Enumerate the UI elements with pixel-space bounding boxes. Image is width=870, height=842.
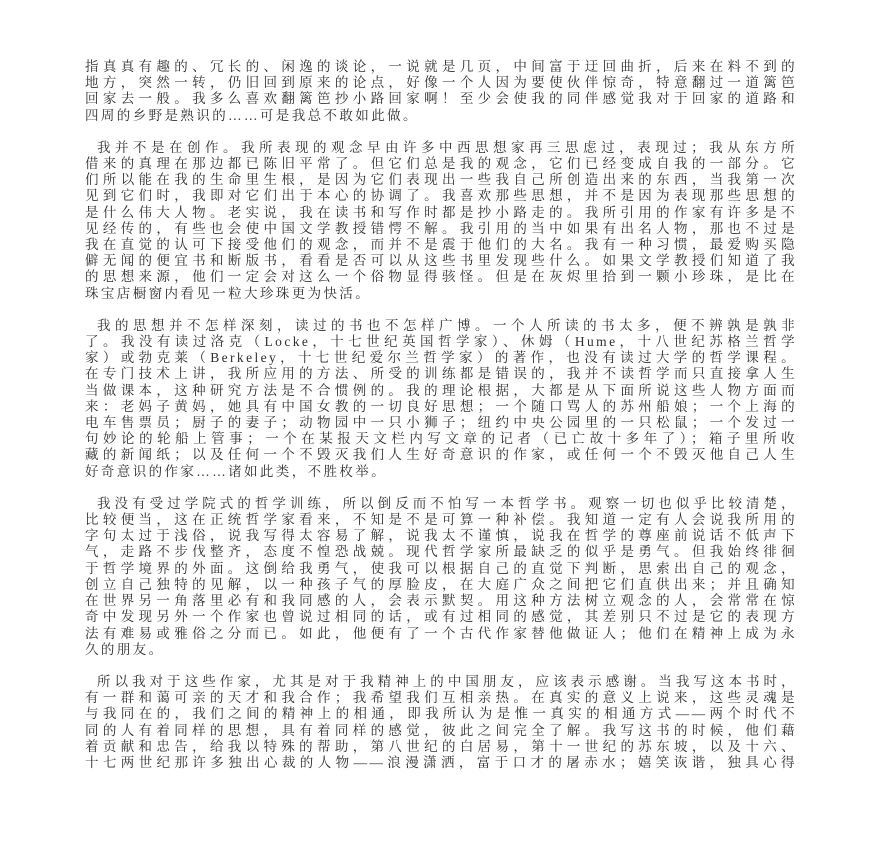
text-line: 有一群和蔼可亲的天才和我合作；我希望我们互相亲热。在真实的意义上说来，这些灵魂是 [85, 690, 797, 706]
text-line: 好奇意识的作家……诸如此类，不胜枚举。 [85, 464, 797, 480]
text-line: 奇中发现另外一个作家也曾说过相同的话，或有过相同的感觉，其差别只不过是它的表现方 [85, 609, 797, 625]
text-line: 与我同在的，我们之间的精神上的相通，即我所认为是惟一真实的相通方式——两个时代不 [85, 706, 797, 722]
text-line: 我并不是在创作。我所表现的观念早由许多中西思想家再三思虑过，表现过；我从东方所 [85, 140, 797, 156]
text-line: 当做课本，这种研究方法是不合惯例的。我的理论根据，大都是从下面所说这些人物方面而 [85, 383, 797, 399]
scanned-book-page: { "page": { "background_color": "#ffffff… [0, 0, 870, 842]
text-line: 藏的新闻纸；以及任何一个不毁灭我们人生好奇意识的作家，或任何一个不毁灭他自己人生 [85, 447, 797, 463]
paragraph: 我的思想并不怎样深刻，读过的书也不怎样广博。一个人所读的书太多，便不辨孰是孰非了… [85, 318, 797, 480]
text-line: 家）或勃克莱（Berkeley，十七世纪爱尔兰哲学家）的著作，也没有读过大学的哲… [85, 350, 797, 366]
paragraph: 我没有受过学院式的哲学训练，所以倒反而不怕写一本哲学书。观察一切也似乎比较清楚，… [85, 496, 797, 658]
text-line: 创立自己独特的见解，以一种孩子气的厚脸皮，在大庭广众之间把它们直供出来；并且确知 [85, 577, 797, 593]
document-body: 指真真有趣的、冗长的、闲逸的谈论，一说就是几页，中间富于迂回曲折，后来在料不到的… [85, 59, 797, 771]
text-line: 的思想来源，他们一定会对这么一个俗物显得骇怪。但是在灰烬里拾到一颗小珍珠，是比在 [85, 269, 797, 285]
text-line: 借来的真理在那边都已陈旧平常了。但它们总是我的观念，它们已经变成自我的一部分。它 [85, 156, 797, 172]
text-line: 于哲学境界的外面。这倒给我勇气，使我可以根据自己的直觉下判断，思索出自己的观念， [85, 561, 797, 577]
text-line: 字句太过于浅俗，说我写得太容易了解，说我太不谨慎，说我在哲学的尊座前说话不低声下 [85, 528, 797, 544]
text-line: 见到它们时，我即对它们出于本心的协调了。我喜欢那些思想，并不是因为表现那些思想的 [85, 188, 797, 204]
text-line: 法有难易或雅俗之分而已。如此，他便有了一个古代作家替他做证人；他们在精神上成为永 [85, 626, 797, 642]
text-line: 指真真有趣的、冗长的、闲逸的谈论，一说就是几页，中间富于迂回曲折，后来在料不到的 [85, 59, 797, 75]
text-line: 比较便当，这在正统哲学家看来，不知是不是可算一种补偿。我知道一定有人会说我所用的 [85, 512, 797, 528]
text-line: 句妙论的轮船上管事；一个在某报天文栏内写文章的记者（已亡故十多年了）；箱子里所收 [85, 431, 797, 447]
text-line: 四周的乡野是熟识的……可是我总不敢如此做。 [85, 108, 797, 124]
text-line: 所以我对于这些作家，尤其是对于我精神上的中国朋友，应该表示感谢。当我写这本书时， [85, 674, 797, 690]
text-line: 我在直觉的认可下接受他们的观念，而并不是震于他们的大名。我有一种习惯，最爱购买隐 [85, 237, 797, 253]
text-line: 着贡献和忠告，给我以特殊的帮助，第八世纪的白居易，第十一世纪的苏东坡，以及十六、 [85, 739, 797, 755]
text-line: 气，走路不步伐整齐，态度不惶恐战兢。现代哲学家所最缺乏的似乎是勇气。但我始终徘徊 [85, 544, 797, 560]
text-line: 僻无闻的便宜书和断版书，看看是否可以从这些书里发现些什么。如果文学教授们知道了我 [85, 253, 797, 269]
text-line: 地方，突然一转，仍旧回到原来的论点，好像一个人因为要使伙伴惊奇，特意翻过一道篱笆 [85, 75, 797, 91]
text-line: 同的人有着同样的思想，具有着同样的感觉，彼此之间完全了解。我写这书的时候，他们藉 [85, 723, 797, 739]
paragraph: 我并不是在创作。我所表现的观念早由许多中西思想家再三思虑过，表现过；我从东方所借… [85, 140, 797, 302]
paragraph: 所以我对于这些作家，尤其是对于我精神上的中国朋友，应该表示感谢。当我写这本书时，… [85, 674, 797, 771]
document-page: 指真真有趣的、冗长的、闲逸的谈论，一说就是几页，中间富于迂回曲折，后来在料不到的… [0, 0, 870, 842]
text-line: 电车售票员；厨子的妻子；动物园中一只小狮子；纽约中央公园里的一只松鼠；一个发过一 [85, 415, 797, 431]
text-line: 见经传的，有些也会使中国文学教授错愕不解。我引用的当中如果有出名人物，那也不过是 [85, 221, 797, 237]
text-line: 回家去一般。我多么喜欢翻篱笆抄小路回家啊！至少会使我的同伴感觉我对于回家的道路和 [85, 91, 797, 107]
text-line: 我没有受过学院式的哲学训练，所以倒反而不怕写一本哲学书。观察一切也似乎比较清楚， [85, 496, 797, 512]
text-line: 久的朋友。 [85, 642, 797, 658]
paragraph: 指真真有趣的、冗长的、闲逸的谈论，一说就是几页，中间富于迂回曲折，后来在料不到的… [85, 59, 797, 124]
text-line: 在世界另一角落里必有和我同感的人，会表示默契。用这种方法树立观念的人，会常常在惊 [85, 593, 797, 609]
text-line: 们所以能在我的生命里生根，是因为它们表现出一些我自己所创造出来的东西，当我第一次 [85, 172, 797, 188]
text-line: 是什么伟大人物。老实说，我在读书和写作时都是抄小路走的。我所引用的作家有许多是不 [85, 205, 797, 221]
text-line: 了。我没有读过洛克（Locke，十七世纪英国哲学家）、休姆（Hume，十八世纪苏… [85, 334, 797, 350]
text-line: 在专门技术上讲，我所应用的方法、所受的训练都是错误的，我并不读哲学而只直接拿人生 [85, 366, 797, 382]
text-line: 来：老妈子黄妈，她具有中国女教的一切良好思想；一个随口骂人的苏州船娘；一个上海的 [85, 399, 797, 415]
text-line: 珠宝店橱窗内看见一粒大珍珠更为快活。 [85, 286, 797, 302]
text-line: 十七两世纪那许多独出心裁的人物——浪漫潇洒，富于口才的屠赤水；嬉笑诙谐，独具心得 [85, 755, 797, 771]
text-line: 我的思想并不怎样深刻，读过的书也不怎样广博。一个人所读的书太多，便不辨孰是孰非 [85, 318, 797, 334]
